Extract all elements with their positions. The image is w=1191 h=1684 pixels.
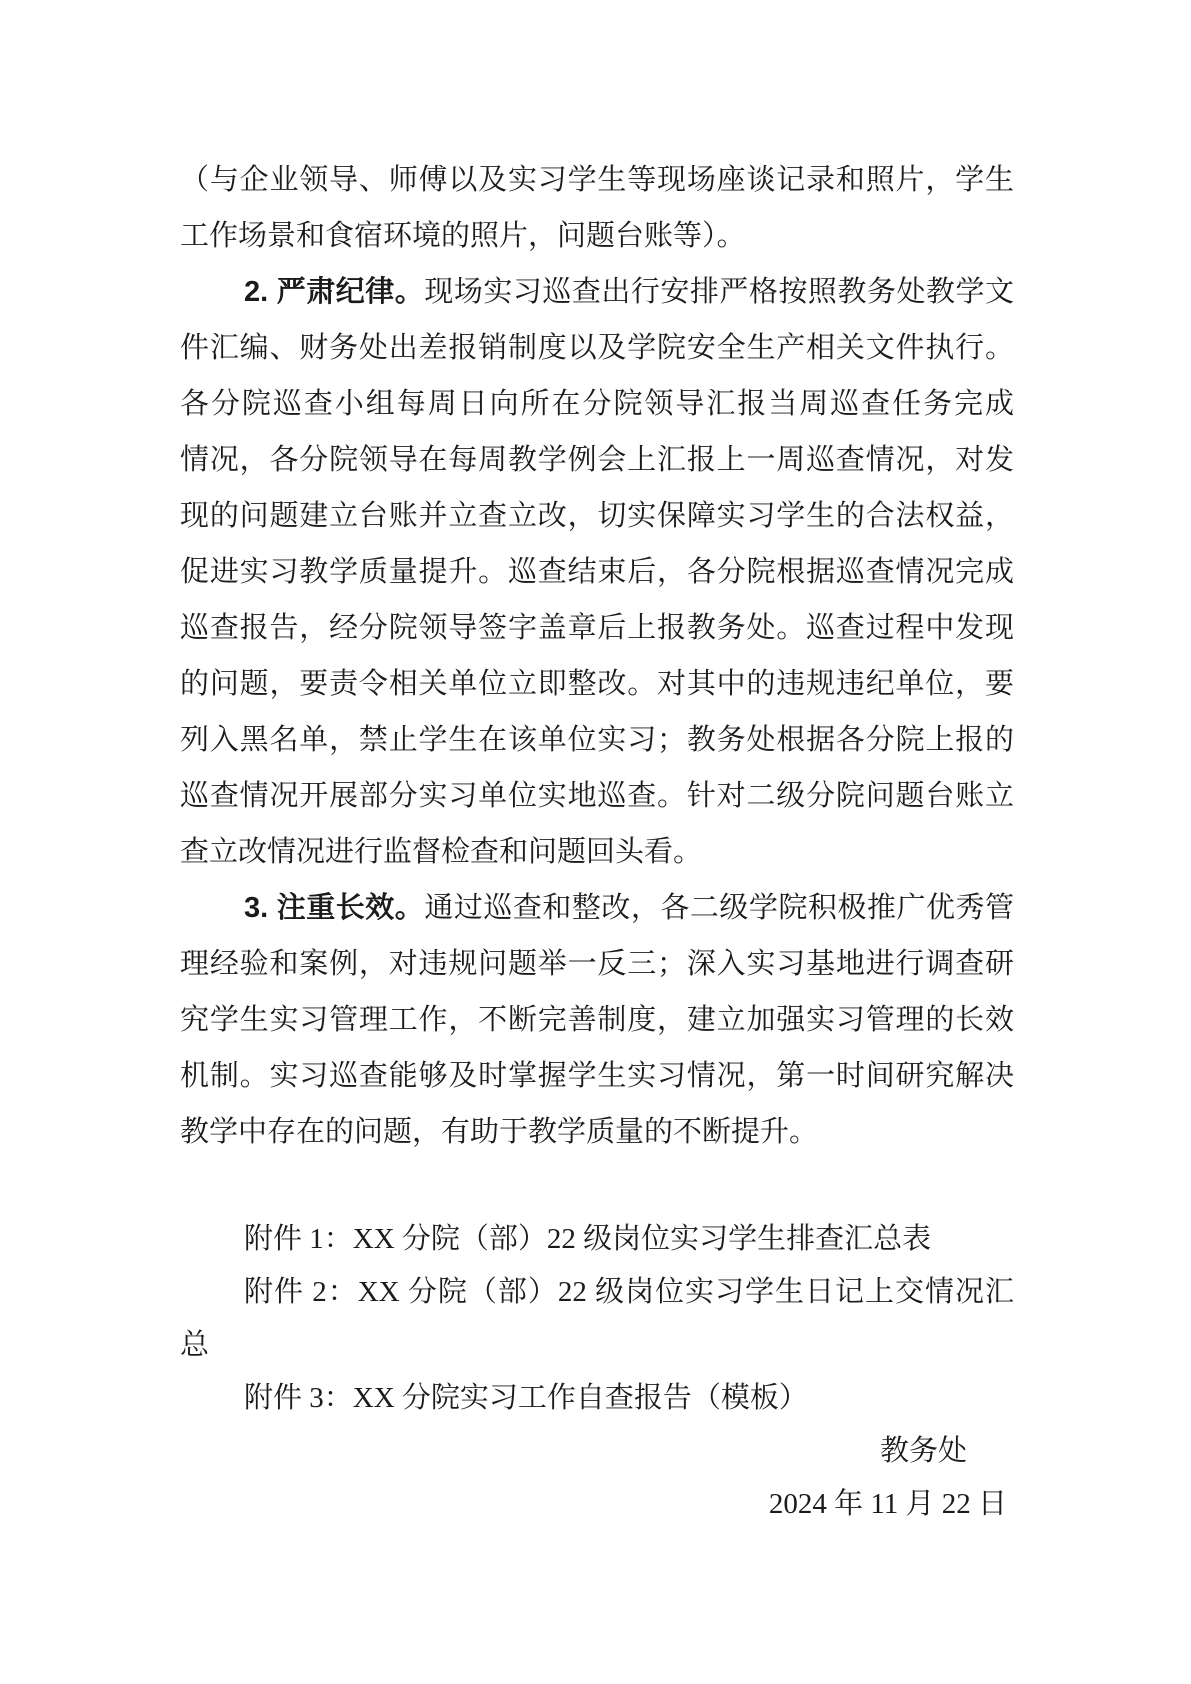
text-line: 查立改情况进行监督检查和问题回头看。 xyxy=(180,824,1014,880)
attachment-line-1: 附件 1：XX 分院（部）22 级岗位实习学生排查汇总表 xyxy=(180,1213,1014,1266)
attachment-line-2: 附件 2：XX 分院（部）22 级岗位实习学生日记上交情况汇 xyxy=(180,1266,1014,1319)
signature-line: 教务处 xyxy=(180,1425,1014,1478)
text-line: 究学生实习管理工作，不断完善制度，建立加强实习管理的长效 xyxy=(180,992,1014,1048)
text-line: 的问题，要责令相关单位立即整改。对其中的违规违纪单位，要 xyxy=(180,656,1014,712)
blank-line xyxy=(180,1160,1014,1213)
bold-run: 3. 注重长效。 xyxy=(244,892,424,924)
text-line: 教学中存在的问题，有助于教学质量的不断提升。 xyxy=(180,1104,1014,1160)
bold-run: 2. 严肃纪律。 xyxy=(244,276,424,308)
text-line: 巡查情况开展部分实习单位实地巡查。针对二级分院问题台账立 xyxy=(180,768,1014,824)
attachments-block: 附件 1：XX 分院（部）22 级岗位实习学生排查汇总表 附件 2：XX 分院（… xyxy=(180,1160,1014,1531)
text-line: 现的问题建立台账并立查立改，切实保障实习学生的合法权益， xyxy=(180,488,1014,544)
text-line: （与企业领导、师傅以及实习学生等现场座谈记录和照片，学生 xyxy=(180,152,1014,208)
text-line: 理经验和案例，对违规问题举一反三；深入实习基地进行调查研 xyxy=(180,936,1014,992)
text-line: 机制。实习巡查能够及时掌握学生实习情况，第一时间研究解决 xyxy=(180,1048,1014,1104)
text-line: 工作场景和食宿环境的照片，问题台账等）。 xyxy=(180,208,1014,264)
text-line: 巡查报告，经分院领导签字盖章后上报教务处。巡查过程中发现 xyxy=(180,600,1014,656)
date-line: 2024 年 11 月 22 日 xyxy=(180,1478,1014,1531)
document-page: （与企业领导、师傅以及实习学生等现场座谈记录和照片，学生 工作场景和食宿环境的照… xyxy=(0,0,1191,1684)
text-line: 各分院巡查小组每周日向所在分院领导汇报当周巡查任务完成 xyxy=(180,376,1014,432)
text-line: 件汇编、财务处出差报销制度以及学院安全生产相关文件执行。 xyxy=(180,320,1014,376)
text-line: 2. 严肃纪律。现场实习巡查出行安排严格按照教务处教学文 xyxy=(180,264,1014,320)
attachment-line-3: 附件 3：XX 分院实习工作自查报告（模板） xyxy=(180,1372,1014,1425)
text-line: 列入黑名单，禁止学生在该单位实习；教务处根据各分院上报的 xyxy=(180,712,1014,768)
text-line: 3. 注重长效。通过巡查和整改，各二级学院积极推广优秀管 xyxy=(180,880,1014,936)
text-line: 情况，各分院领导在每周教学例会上汇报上一周巡查情况，对发 xyxy=(180,432,1014,488)
body-text: （与企业领导、师傅以及实习学生等现场座谈记录和照片，学生 工作场景和食宿环境的照… xyxy=(0,0,1191,1531)
text-line: 促进实习教学质量提升。巡查结束后，各分院根据巡查情况完成 xyxy=(180,544,1014,600)
attachment-line-2-wrap: 总 xyxy=(180,1319,1014,1372)
